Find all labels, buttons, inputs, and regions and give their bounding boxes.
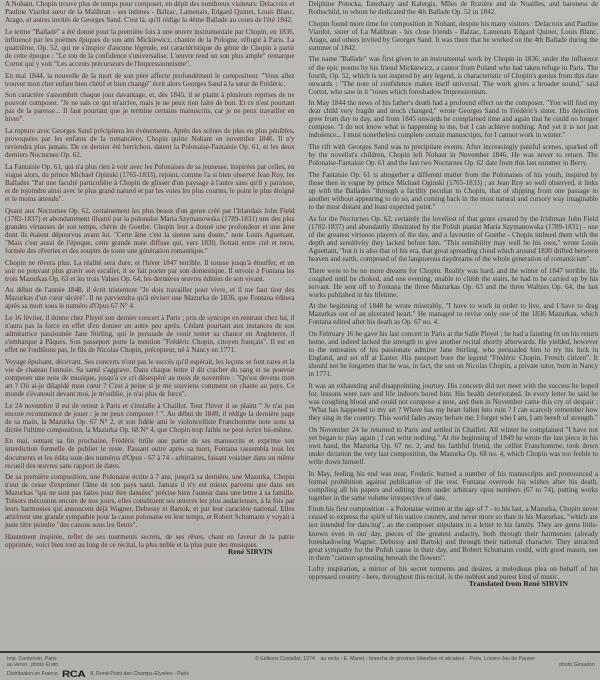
cover-art-credit: au recto : E. Manet - branche de pivoine… <box>321 656 536 662</box>
english-paragraph: As for the Nocturnes Op. 62, certainly t… <box>309 215 599 263</box>
french-paragraph: Le 16 février, il donne chez Pleyel son … <box>5 314 295 354</box>
french-paragraph: Chopin ne rêvera plus. La réalité sera d… <box>5 259 295 283</box>
printer-credits: Imp. Contensin, Paris au verso : photo E… <box>7 656 58 668</box>
french-paragraph: Voyage épuisant, décevant. Ses concerts … <box>5 358 295 398</box>
french-paragraph: De sa première composition, une Polonais… <box>5 473 295 529</box>
french-paragraph: Le 24 novembre il est de retour à Paris … <box>5 402 295 434</box>
english-paragraph: In May, feeling his end was near, Freder… <box>309 470 599 502</box>
copyright-text: © Editions Costallat, 1974 <box>255 656 315 662</box>
distribution-line: Distribution en France RCA 8, Rond-Point… <box>7 670 189 678</box>
distribution-address: 8, Rond-Point des Champs-Elysées - Paris <box>90 671 189 677</box>
english-paragraph: There were to be no more dreams for Chop… <box>309 267 599 299</box>
french-paragraph: Au début de l'année 1848, il écrit trist… <box>5 286 295 310</box>
english-paragraph: Delphine Potocka, Esterhazy and Kalergis… <box>309 0 599 16</box>
french-paragraph: La Fantaisie Op. 61, qui n'a plus rien à… <box>5 163 295 203</box>
french-paragraph: En mai, sentant sa fin prochaine, Frédér… <box>5 437 295 469</box>
text-columns: A Nohant, Chopin trouve plus de temps po… <box>5 0 598 644</box>
english-paragraph: On February 16 he gave his last concert … <box>309 330 599 378</box>
liner-notes-page: A Nohant, Chopin trouve plus de temps po… <box>0 0 600 680</box>
english-paragraph: On November 24 he returned to Paris and … <box>309 426 599 466</box>
french-paragraph: La rupture avec Georges Sand précipitera… <box>5 127 295 159</box>
english-paragraph: The Fantaisie Op. 61 is altogether a dif… <box>309 171 599 211</box>
english-paragraph: At the beginning of 1848 he wrote misera… <box>309 302 599 326</box>
english-paragraph: From his first composition - a Polonaise… <box>309 505 599 561</box>
french-paragraph: A Nohant, Chopin trouve plus de temps po… <box>5 0 295 24</box>
english-paragraph: In May 1844 the news of his father's dea… <box>309 99 599 139</box>
english-paragraph: Chopin found more time for composition i… <box>309 20 599 52</box>
french-paragraph: Quant aux Nocturnes Op. 62, certainement… <box>5 207 295 255</box>
english-column: Delphine Potocka, Esterhazy and Kalergis… <box>307 0 599 644</box>
english-paragraph: It was an exhausting and disappointing j… <box>309 382 599 422</box>
english-paragraph: The name "Ballade" was first given to an… <box>309 55 599 95</box>
french-paragraph: En mai 1844, la nouvelle de la mort de s… <box>5 72 295 88</box>
distribution-label: Distribution en France <box>7 671 58 677</box>
french-paragraph: Son caractère s'assombrit chaque jour da… <box>5 91 295 123</box>
photo-verso-line: au verso : photo Erato <box>7 662 58 668</box>
english-paragraph: The rift with Georges Sand was to precip… <box>309 143 599 167</box>
french-column: A Nohant, Chopin trouve plus de temps po… <box>5 0 295 644</box>
footer: Imp. Contensin, Paris au verso : photo E… <box>0 653 600 680</box>
copyright-credits: © Editions Costallat, 1974 au recto : E.… <box>255 656 595 662</box>
rca-logo-icon: RCA <box>62 670 85 678</box>
photo-credit: photo Giraudon <box>559 662 595 668</box>
french-paragraph: Le terme "Ballade" a été donné pour la p… <box>5 28 295 68</box>
